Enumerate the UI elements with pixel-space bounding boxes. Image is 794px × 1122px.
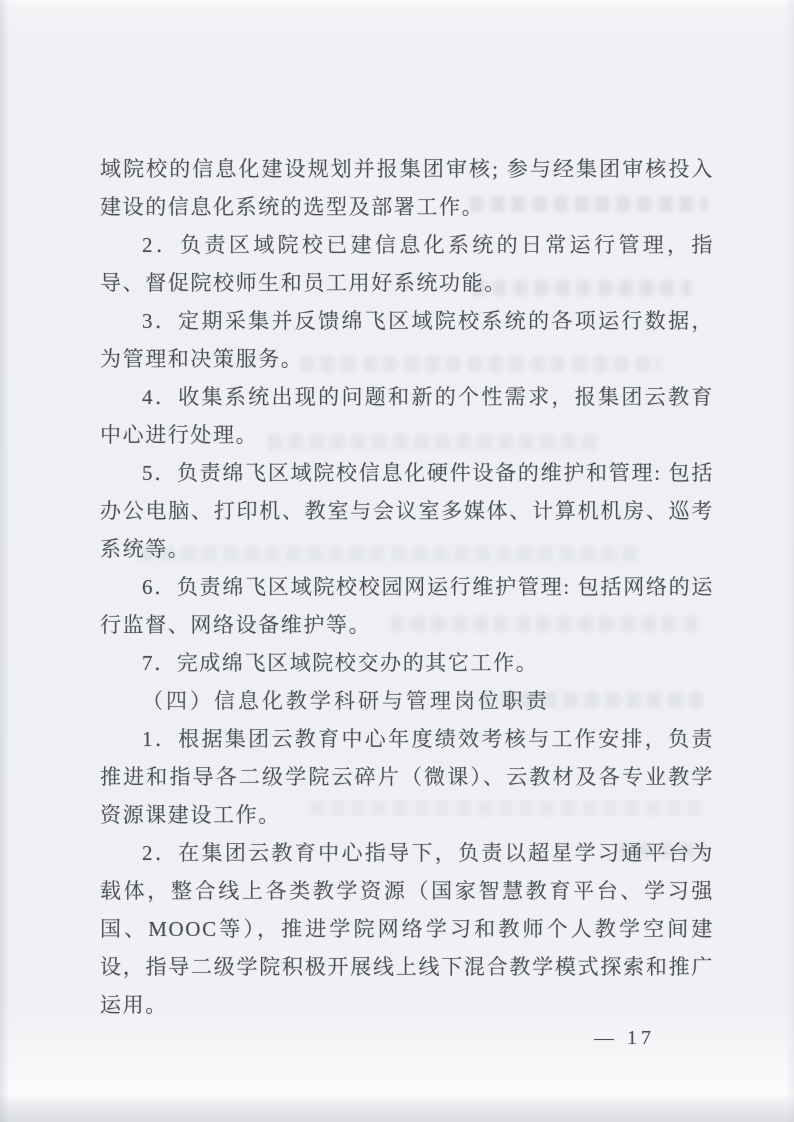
paragraph-item-4: 4．收集系统出现的问题和新的个性需求，报集团云教育中心进行处理。 xyxy=(100,378,714,454)
paragraph-item-2b: 2．在集团云教育中心指导下，负责以超星学习通平台为载体，整合线上各类教学资源（国… xyxy=(100,834,714,1024)
page-number: — 17 xyxy=(594,1027,655,1050)
scan-edge-top xyxy=(0,0,794,4)
paragraph-item-3: 3．定期采集并反馈绵飞区域院校系统的各项运行数据，为管理和决策服务。 xyxy=(100,302,714,378)
paragraph-item-7: 7．完成绵飞区域院校交办的其它工作。 xyxy=(100,644,714,682)
paragraph-item-1b: 1．根据集团云教育中心年度绩效考核与工作安排，负责推进和指导各二级学院云碎片（微… xyxy=(100,720,714,834)
scan-edge-right xyxy=(786,0,794,1122)
scanned-page: 域院校的信息化建设规划并报集团审核; 参与经集团审核投入建设的信息化系统的选型及… xyxy=(0,0,794,1122)
paragraph-item-5: 5．负责绵飞区域院校信息化硬件设备的维护和管理: 包括办公电脑、打印机、教室与会… xyxy=(100,454,714,568)
paragraph-item-6: 6．负责绵飞区域院校校园网运行维护管理: 包括网络的运行监督、网络设备维护等。 xyxy=(100,568,714,644)
document-body: 域院校的信息化建设规划并报集团审核; 参与经集团审核投入建设的信息化系统的选型及… xyxy=(100,150,714,1024)
paragraph-continuation: 域院校的信息化建设规划并报集团审核; 参与经集团审核投入建设的信息化系统的选型及… xyxy=(100,150,714,226)
scan-edge-left xyxy=(0,0,10,1122)
section-heading: （四）信息化教学科研与管理岗位职责 xyxy=(100,682,714,720)
paragraph-item-2: 2．负责区域院校已建信息化系统的日常运行管理，指导、督促院校师生和员工用好系统功… xyxy=(100,226,714,302)
